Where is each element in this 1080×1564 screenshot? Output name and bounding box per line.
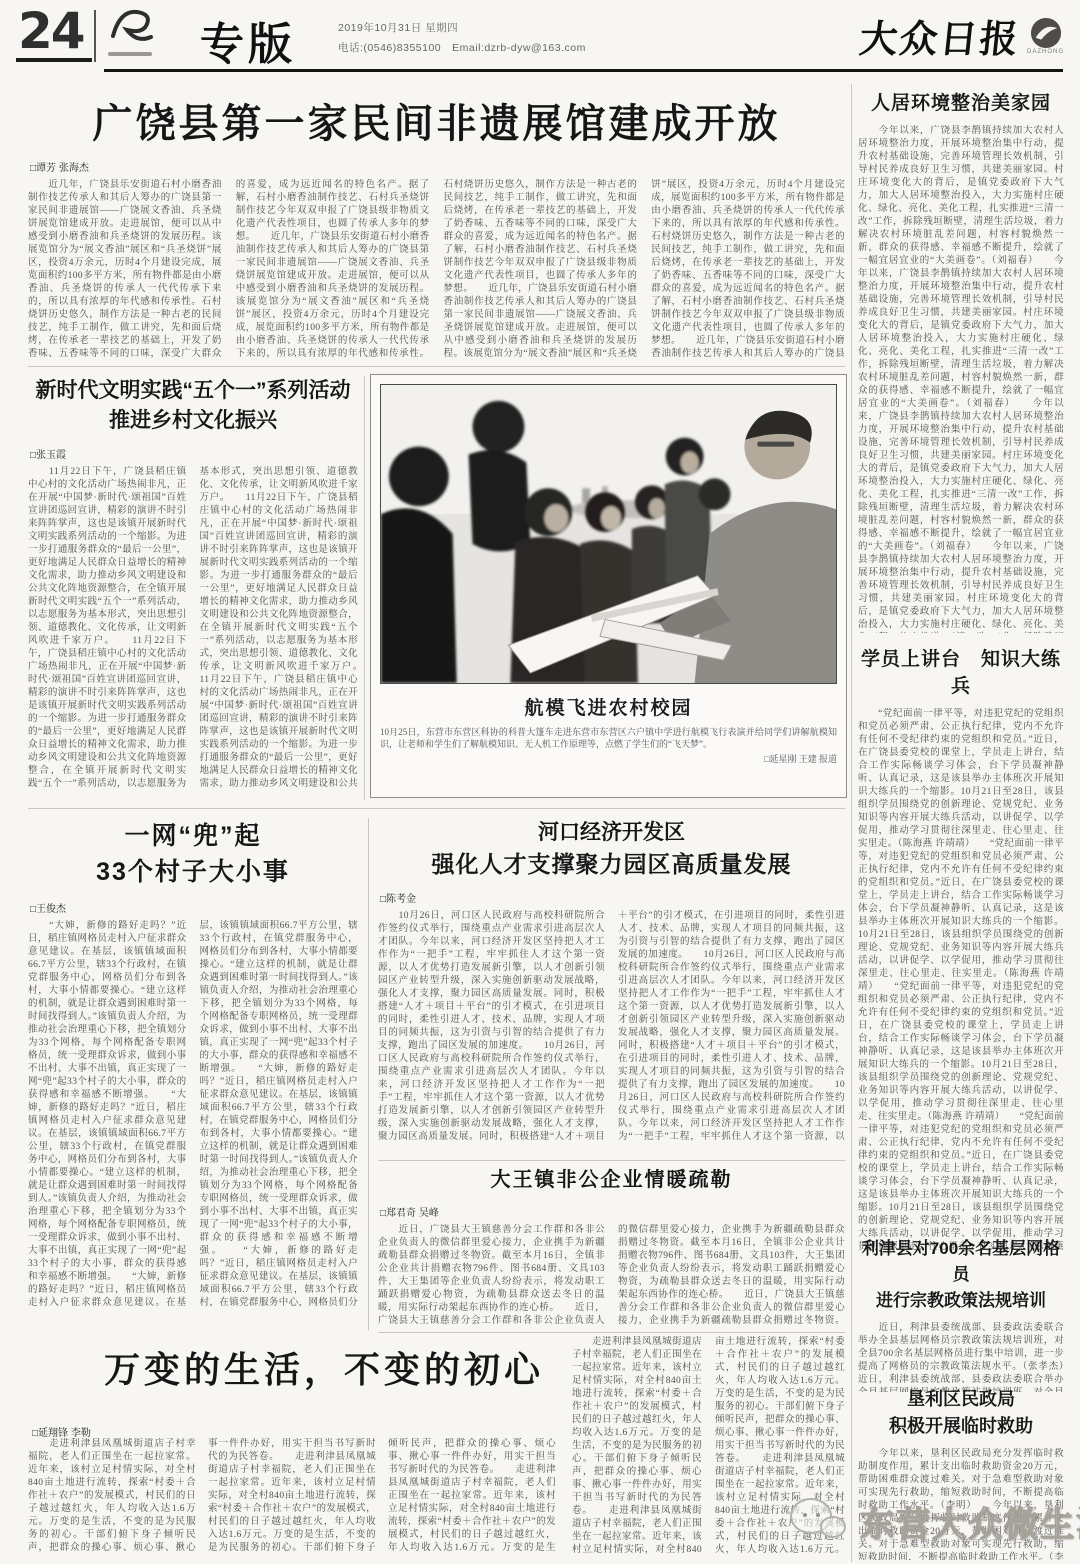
sidebar-article-grid-workers-title-line2: 进行宗教政策法规培训 [858,1288,1064,1314]
article-hekou-title-line2: 强化人才支撑聚力园区高质量发展 [378,848,845,880]
photo-caption-title: 航模飞进农村校园 [380,693,837,720]
newspaper-page: 24 专版 2019年10月31日 星期四 电话:(0546)8355100 E… [0,0,1080,1564]
article-wuyi-body: 11月22日下午，广饶县稻庄镇中心村的文化活动广场热闹非凡，正在开展“中国梦·新… [28,466,358,796]
sidebar-article-training: 学员上讲台 知识大练兵 “党纪面前一律平等，对违犯党纪的党组织和党员必须严肃、公… [858,644,1064,1254]
article-wuyi-byline: □张玉霞 [30,446,358,461]
page-number-underline [16,58,92,62]
sidebar-article-grid-workers-body: 近日，利津县委统战部、县委政法委联合举办全县基层网格员宗教政策法规培训班，对全县… [858,1322,1064,1392]
page-number: 24 [18,2,84,60]
header-rule [104,69,1063,72]
masthead-subtext: DAZHONG [1027,49,1064,55]
article-hekou-byline: □陈考金 [380,890,845,905]
section-divider [378,1160,845,1161]
column-divider [368,818,369,1330]
column-divider [364,376,365,800]
article-life-byline: □延翔锋 李勒 [32,1424,91,1439]
article-net-title-line1: 一网“兜”起 [28,818,358,854]
article-dawang-byline: □郑君奇 吴峰 [380,1204,845,1219]
article-hekou: 河口经济开发区 强化人才支撑聚力园区高质量发展 □陈考金 10月26日，河口区人… [378,818,845,1158]
masthead-emblem: DAZHONG [1027,17,1064,55]
section-divider [378,1332,845,1333]
photo-credit: □延星刚 王建 报道 [380,752,837,765]
article-main-title: 广饶县第一家民间非遗展馆建成开放 [28,92,845,149]
photo-caption-text: 10月25日，东营市东营区科协的科普大篷车走进东营市东营区六户镇中学进行航模飞行… [380,726,837,750]
article-wuyi: 新时代文明实践“五个一”系列活动 推进乡村文化振兴 □张玉霞 11月22日下午，… [28,376,358,802]
article-main-body: 近几年，广饶县乐安街道石村小磨香油制作技艺传承人和其后人筹办的广饶县第一家民间非… [28,179,845,371]
edition-logo-icon [106,4,156,50]
sidebar-article-training-title: 学员上讲台 知识大练兵 [858,644,1064,698]
contact-line: 电话:(0546)8355100 Email:dzrb-dyw@163.com [338,40,586,55]
sidebar-article-environment-title: 人居环境整治美家园 [858,88,1064,115]
sidebar: 人居环境整治美家园 今年以来，广饶县李鹊镇持续加大农村人居环境整治力度，开展环境… [858,86,1064,1562]
watermark: 东营大众微生活 [790,1486,1080,1556]
article-hekou-body: 10月26日，河口区人民政府与高校科研院所合作签约仪式举行，围绕重点产业需求引进… [378,910,845,1152]
sidebar-article-environment: 人居环境整治美家园 今年以来，广饶县李鹊镇持续加大农村人居环境整治力度，开展环境… [858,88,1064,633]
edition-title: 专版 [200,8,296,72]
article-wuyi-title-line2: 推进乡村文化振兴 [28,406,358,436]
sidebar-article-relief-title-line1: 垦利区民政局 [858,1386,1064,1413]
article-dawang: 大王镇非公企业情暖疏勒 □郑君奇 吴峰 近日，广饶县大王镇慈善分会工作群和各非公… [378,1166,845,1328]
masthead-emblem-icon [1030,17,1062,49]
article-net: 一网“兜”起 33个村子大小事 □王俊杰 “大婶，新修的路好走吗？”近日，稻庄镇… [28,818,358,1330]
article-net-title-line2: 33个村子大小事 [28,854,358,890]
article-main: 广饶县第一家民间非遗展馆建成开放 □谭芳 张海杰 近几年，广饶县乐安街道石村小磨… [28,86,845,362]
photo-image [380,384,837,684]
article-life: 万变的生活，不变的初心 □延翔锋 李勒 走进利津县凤凰城街道店子村幸福院，老人们… [28,1336,845,1560]
issue-date: 2019年10月31日 星期四 [338,20,458,35]
article-net-byline: □王俊杰 [30,900,358,915]
wechat-bubbles-icon [790,1494,852,1548]
edition-logo-caption [108,52,152,56]
article-main-byline: □谭芳 张海杰 [30,159,845,174]
masthead-title: 大众日报 [857,8,1023,63]
chat-bubble-small-icon [820,1516,846,1538]
masthead: 大众日报 DAZHONG [860,8,1064,63]
sidebar-article-relief-title-line2: 积极开展临时救助 [858,1413,1064,1440]
section-divider [28,808,845,809]
header-divider [94,10,96,62]
article-life-title: 万变的生活，不变的初心 [74,1342,574,1393]
article-hekou-title-line1: 河口经济开发区 [378,818,845,848]
sidebar-article-training-body: “党纪面前一律平等，对违犯党纪的党组织和党员必须严肃、公正执行纪律，党内不允许有… [858,708,1064,1254]
article-wuyi-title-line1: 新时代文明实践“五个一”系列活动 [28,376,358,406]
sidebar-article-grid-workers: 利津县对700余名基层网格员 进行宗教政策法规培训 近日，利津县委统战部、县委政… [858,1236,1064,1392]
sidebar-article-grid-workers-title-line1: 利津县对700余名基层网格员 [858,1236,1064,1288]
article-dawang-body: 近日，广饶县大王镇慈善分会工作群和各非公企业负责人的微信群里爱心接力，企业携手为… [378,1224,845,1328]
sidebar-article-environment-body: 今年以来，广饶县李鹊镇持续加大农村人居环境整治力度，开展环境整治集中行动，提升农… [858,125,1064,633]
article-net-body: “大婶，新修的路好走吗？”近日，稻庄镇网格员走村入户征求群众意见建议。在基层，该… [28,920,358,1318]
sidebar-divider [851,84,852,1562]
article-dawang-title: 大王镇非公企业情暖疏勒 [378,1166,845,1194]
photo-caption: 航模飞进农村校园 10月25日，东营市东营区科协的科普大篷车走进东营市东营区六户… [380,693,837,765]
photo-feature: 航模飞进农村校园 10月25日，东营市东营区科协的科普大篷车走进东营市东营区六户… [370,374,847,798]
article-life-body-left: 走进利津县凤凰城街道店子村幸福院，老人们正围坐在一起拉家常。近年来，该村立足村情… [28,1438,556,1558]
watermark-text: 东营大众微生活 [860,1497,1080,1546]
